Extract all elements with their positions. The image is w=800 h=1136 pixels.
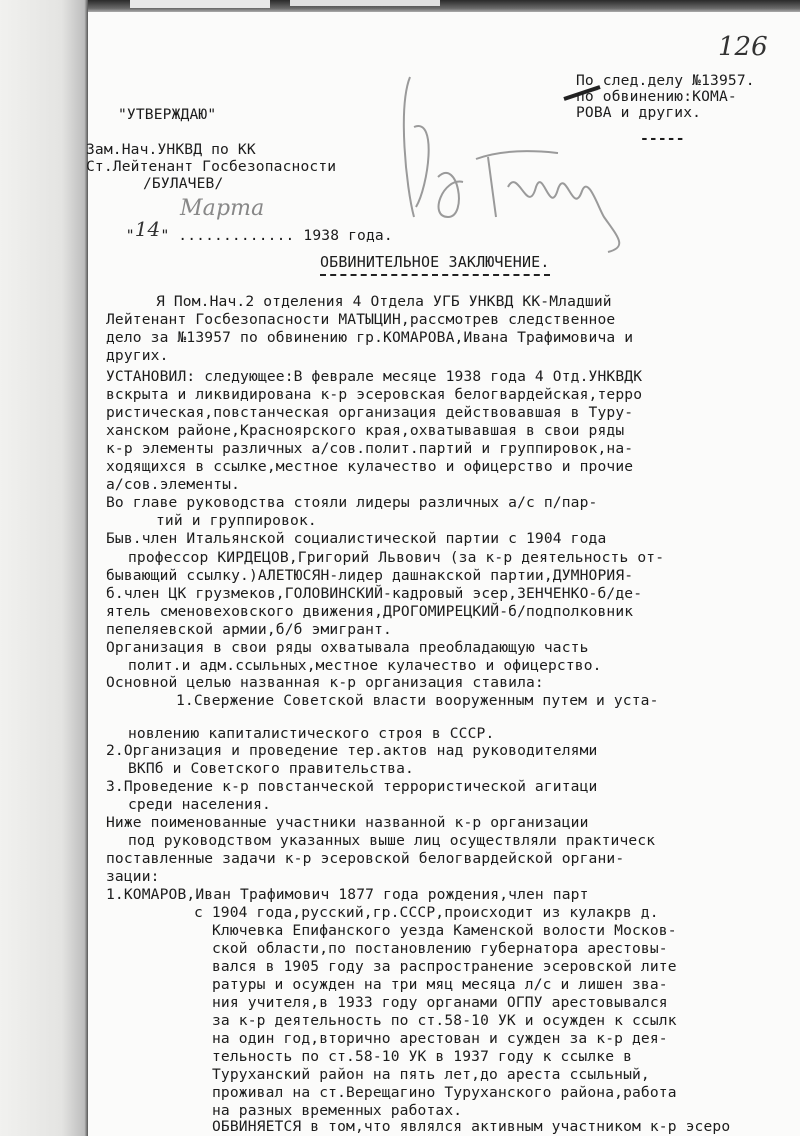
date-dots: " ............. [160, 227, 294, 244]
date-day-handwritten: 14 [135, 217, 161, 241]
body-line: Во главе руководства стояли лидеры разли… [106, 496, 598, 511]
body-line: 1.Свержение Советской власти вооруженным… [176, 694, 659, 709]
case-ref-rule: ----- [640, 132, 685, 147]
body-line: Организация в свои ряды охватывала преоб… [106, 641, 589, 656]
approval-name: /БУЛАЧЕВ/ [143, 177, 223, 192]
body-line: дело за №13957 по обвинению гр.КОМАРОВА,… [106, 331, 633, 346]
body-line: новлению капиталистического строя в СССР… [128, 727, 494, 742]
case-ref-line3: РОВА и других. [576, 106, 701, 121]
body-line: ятель сменовеховского движения,ДРОГОМИРЕ… [106, 605, 633, 620]
body-line: ской области,по постановлению губернатор… [212, 942, 668, 957]
body-line: УСТАНОВИЛ: следующее:В феврале месяце 19… [106, 370, 642, 385]
body-line: Лейтенант Госбезопасности МАТЫЦИН,рассмо… [106, 313, 615, 328]
body-line: зации: [106, 870, 160, 885]
body-line: профессор КИРДЕЦОВ,Григорий Львович (за … [128, 551, 664, 566]
body-line: 3.Проведение к-р повстанческой террорист… [106, 780, 598, 795]
case-ref-line2: по обвинению:КОМА- [576, 90, 737, 105]
body-line: Я Пом.Нач.2 отделения 4 Отдела УГБ УНКВД… [156, 295, 612, 310]
body-line: с 1904 года,русский,гр.СССР,происходит и… [194, 906, 659, 921]
binding-edge [0, 0, 88, 1136]
body-line: Туруханский район на пять лет,до ареста … [212, 1068, 650, 1083]
body-line: ханском районе,Красноярского края,охваты… [106, 424, 624, 439]
body-line: 2.Организация и проведение тер.актов над… [106, 744, 598, 759]
body-line: Ниже поименованные участники названной к… [106, 816, 589, 831]
body-line: на один год,вторично арестован и сужден … [212, 1032, 668, 1047]
body-line: тий и группировок. [156, 514, 317, 529]
body-line: под руководством указанных выше лиц осущ… [128, 834, 655, 849]
case-ref-line1: По след.делу №13957. [576, 74, 755, 89]
date-month-handwritten: Марта [180, 198, 264, 220]
body-line: других. [106, 349, 169, 364]
document-title: ОБВИНИТЕЛЬНОЕ ЗАКЛЮЧЕНИЕ. [320, 255, 550, 276]
body-line: б.член ЦК грузмеков,ГОЛОВИНСКИЙ-кадровый… [106, 587, 642, 602]
body-line: бывающий ссылку.)АЛЕТЮСЯН-лидер дашнакск… [106, 569, 633, 584]
body-line: ОБВИНЯЕТСЯ в том,что являлся активным уч… [212, 1120, 730, 1135]
folder-tab [290, 0, 440, 6]
document-page: 126 "УТВЕРЖДАЮ" Зам.Нач.УНКВД по КК Ст.Л… [88, 12, 800, 1136]
body-line: среди населения. [128, 798, 271, 813]
body-line: проживал на ст.Верещагино Туруханского р… [212, 1086, 677, 1101]
approval-stamp: "УТВЕРЖДАЮ" [118, 108, 216, 123]
body-line: а/сов.элементы. [106, 478, 240, 493]
page-number-handwritten: 126 [718, 32, 768, 62]
body-line: за к-р деятельность по ст.58-10 УК и осу… [212, 1014, 677, 1029]
body-line: пепеляевской армии,б/б эмигрант. [106, 623, 392, 638]
body-line: на разных временных работах. [212, 1104, 462, 1119]
body-line: ратуры и осужден на три мяц месяца л/с и… [212, 978, 668, 993]
approval-rank: Ст.Лейтенант Госбезопасности [86, 160, 336, 175]
body-line: поставленные задачи к-р эсеровской белог… [106, 852, 624, 867]
body-line: Быв.член Итальянской социалистической па… [106, 532, 606, 547]
body-line: 1.КОМАРОВ,Иван Трафимович 1877 года рожд… [106, 888, 589, 903]
body-line: Ключевка Епифанского уезда Каменской вол… [212, 924, 677, 939]
body-line: ния учителя,в 1933 году органами ОГПУ ар… [212, 996, 668, 1011]
body-line: ходящихся в ссылке,местное кулачество и … [106, 460, 633, 475]
body-line: вался в 1905 году за распространение эсе… [212, 960, 677, 975]
date-quote: " [126, 227, 135, 244]
body-line: Основной целью названная к-р организация… [106, 676, 544, 691]
body-line: полит.и адм.ссыльных,местное кулачество … [128, 659, 602, 674]
approval-position: Зам.Нач.УНКВД по КК [86, 143, 256, 158]
approval-date: "14" .............Марта 1938 года. [90, 208, 393, 258]
body-line: ристическая,повстанческая организация де… [106, 406, 633, 421]
body-line: ВКПб и Советского правительства. [128, 762, 414, 777]
body-line: тельность по ст.58-10 УК в 1937 году к с… [212, 1050, 632, 1065]
body-line: к-р элементы различных а/сов.полит.парти… [106, 442, 633, 457]
folder-tab [130, 0, 270, 8]
date-year: 1938 года. [303, 227, 392, 244]
body-line: вскрыта и ликвидирована к-р эсеровская б… [106, 388, 642, 403]
